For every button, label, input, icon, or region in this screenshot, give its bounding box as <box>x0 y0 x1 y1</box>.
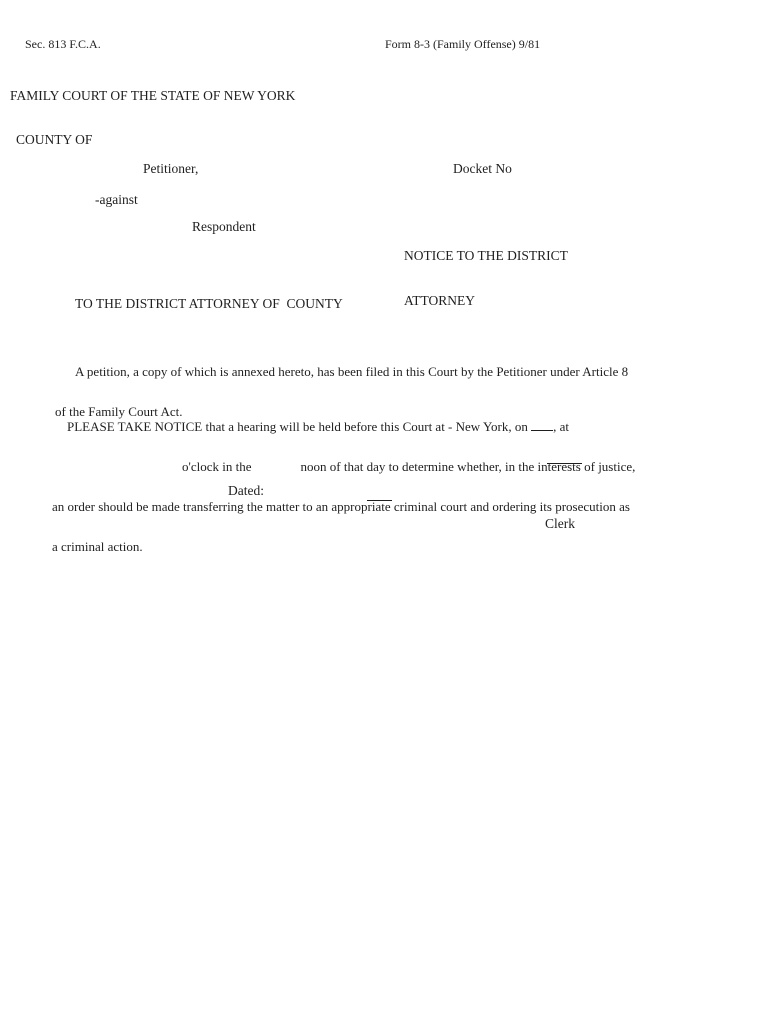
court-title: FAMILY COURT OF THE STATE OF NEW YORK <box>10 88 295 103</box>
notice-line-1: PLEASE TAKE NOTICE that a hearing will b… <box>52 419 635 433</box>
notice-line-2-segment-3: of justice, <box>581 459 636 474</box>
notice-line-2-segment-2: noon of that day to determine whether, i… <box>301 459 548 474</box>
county-label: COUNTY OF <box>16 132 92 147</box>
notice-line-1-text-before-blank: PLEASE TAKE NOTICE that a hearing will b… <box>67 419 531 434</box>
notice-line-3: an order should be made transferring the… <box>52 500 635 513</box>
respondent-label: Respondent <box>192 219 256 234</box>
hearing-date-blank-line <box>531 419 553 431</box>
dated-label: Dated: <box>228 483 264 498</box>
addressee-line: TO THE DISTRICT ATTORNEY OF COUNTY <box>75 296 343 311</box>
docket-label: Docket No <box>453 161 512 176</box>
dated-blank-line <box>367 499 392 501</box>
section-reference: Sec. 813 F.C.A. <box>25 37 101 51</box>
notice-title-line-2: ATTORNEY <box>404 294 568 309</box>
petition-line-1: A petition, a copy of which is annexed h… <box>55 365 628 378</box>
notice-line-2-segment-1: o'clock in the <box>182 459 252 474</box>
clerk-label: Clerk <box>545 516 575 531</box>
notice-paragraph: PLEASE TAKE NOTICE that a hearing will b… <box>52 392 635 581</box>
notice-title-line-1: NOTICE TO THE DISTRICT <box>404 249 568 264</box>
noon-blank-gap <box>252 470 301 471</box>
notice-title: NOTICE TO THE DISTRICT ATTORNEY <box>404 219 568 338</box>
interests-scan-line: terests <box>548 459 581 474</box>
notice-line-4: a criminal action. <box>52 540 635 553</box>
document-page: Sec. 813 F.C.A. Form 8-3 (Family Offense… <box>0 0 770 1024</box>
form-reference: Form 8-3 (Family Offense) 9/81 <box>385 37 540 51</box>
petitioner-label: Petitioner, <box>143 161 198 176</box>
notice-line-2: o'clock in thenoon of that day to determ… <box>52 460 635 473</box>
against-label: -against <box>95 192 138 207</box>
notice-line-1-text-after-blank: , at <box>553 419 569 434</box>
